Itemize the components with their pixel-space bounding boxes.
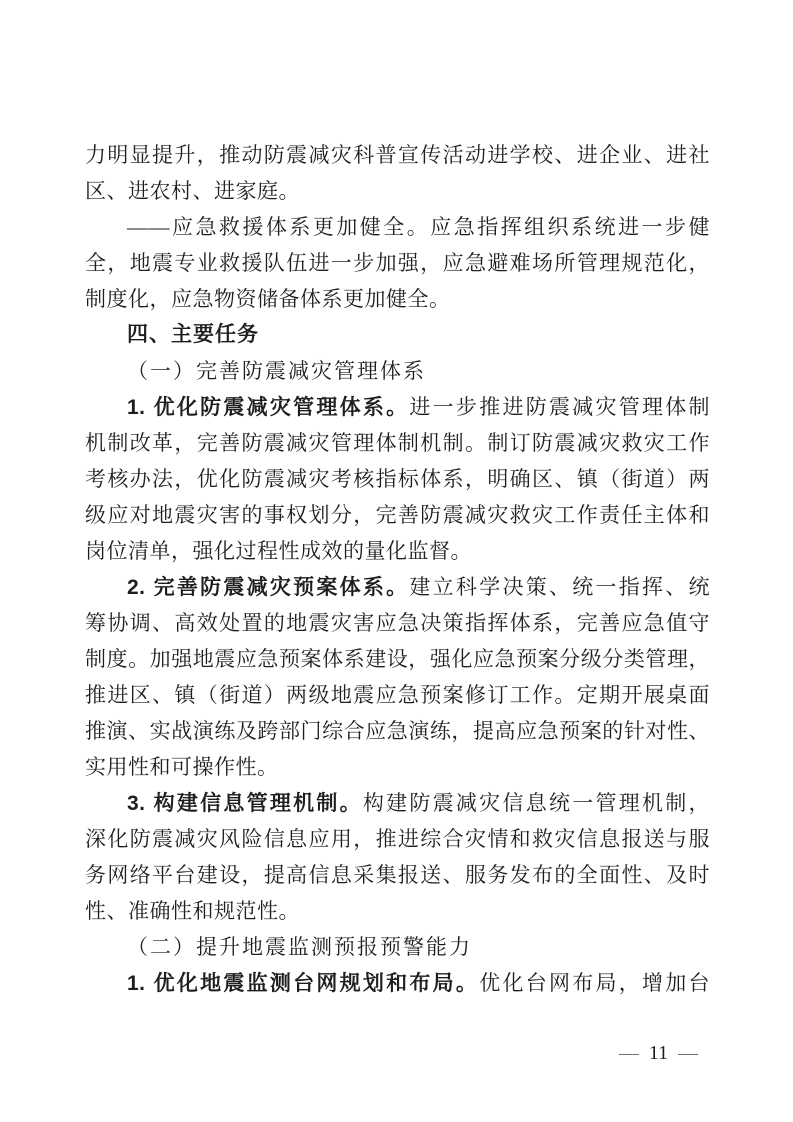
item-title-bold: 1. 优化地震监测台网规划和布局。 [127, 972, 479, 995]
document-body: 力明显提升，推动防震减灾科普宣传活动进学校、进企业、进社 区、进农村、进家庭。 … [85, 137, 710, 1001]
numbered-item-line: 1. 优化防震减灾管理体系。进一步推进防震减灾管理体制 [85, 389, 710, 425]
document-page: 力明显提升，推动防震减灾科普宣传活动进学校、进企业、进社 区、进农村、进家庭。 … [0, 0, 793, 1122]
section-heading-main-tasks: 四、主要任务 [85, 317, 710, 353]
text-line: 全，地震专业救援队伍进一步加强，应急避难场所管理规范化， [85, 245, 710, 281]
item-body-text: 构建防震减灾信息统一管理机制， [363, 791, 710, 815]
text-line: 机制改革，完善防震减灾管理体制机制。制订防震减灾救灾工作 [85, 425, 710, 461]
item-title-bold: 1. 优化防震减灾管理体系。 [127, 396, 409, 419]
numbered-item-line: 3. 构建信息管理机制。构建防震减灾信息统一管理机制， [85, 785, 710, 821]
page-number-footer: —11— [596, 1038, 721, 1068]
item-body-text: 进一步推进防震减灾管理体制 [409, 395, 710, 419]
text-line: 推进区、镇（街道）两级地震应急预案修订工作。定期开展桌面 [85, 677, 710, 713]
numbered-item-line: 1. 优化地震监测台网规划和布局。优化台网布局，增加台 [85, 965, 710, 1001]
item-title-bold: 3. 构建信息管理机制。 [127, 792, 363, 815]
item-body-text: 建立科学决策、统一指挥、统 [409, 575, 710, 599]
text-line: 筹协调、高效处置的地震灾害应急决策指挥体系，完善应急值守 [85, 605, 710, 641]
subsection-heading-1: （一）完善防震减灾管理体系 [85, 353, 710, 389]
text-line: 深化防震减灾风险信息应用，推进综合灾情和救灾信息报送与服 [85, 821, 710, 857]
text-line: 务网络平台建设，提高信息采集报送、服务发布的全面性、及时 [85, 857, 710, 893]
footer-left-dash: — [609, 1042, 649, 1064]
text-line: 推演、实战演练及跨部门综合应急演练，提高应急预案的针对性、 [85, 713, 710, 749]
text-line: 性、准确性和规范性。 [85, 893, 710, 929]
text-line: 级应对地震灾害的事权划分，完善防震减灾救灾工作责任主体和 [85, 497, 710, 533]
numbered-item-line: 2. 完善防震减灾预案体系。建立科学决策、统一指挥、统 [85, 569, 710, 605]
subsection-heading-2: （二）提升地震监测预报预警能力 [85, 929, 710, 965]
text-line-dash-paragraph: ——应急救援体系更加健全。应急指挥组织系统进一步健 [85, 209, 710, 245]
item-body-text: 优化台网布局，增加台 [479, 971, 710, 995]
page-number: 11 [649, 1042, 668, 1064]
footer-right-dash: — [668, 1042, 708, 1064]
text-line: 力明显提升，推动防震减灾科普宣传活动进学校、进企业、进社 [85, 137, 710, 173]
text-line: 考核办法，优化防震减灾考核指标体系，明确区、镇（街道）两 [85, 461, 710, 497]
text-line: 区、进农村、进家庭。 [85, 173, 710, 209]
text-line: 岗位清单，强化过程性成效的量化监督。 [85, 533, 710, 569]
text-line: 实用性和可操作性。 [85, 749, 710, 785]
text-line: 制度化，应急物资储备体系更加健全。 [85, 281, 710, 317]
item-title-bold: 2. 完善防震减灾预案体系。 [127, 576, 409, 599]
text-line: 制度。加强地震应急预案体系建设，强化应急预案分级分类管理， [85, 641, 710, 677]
